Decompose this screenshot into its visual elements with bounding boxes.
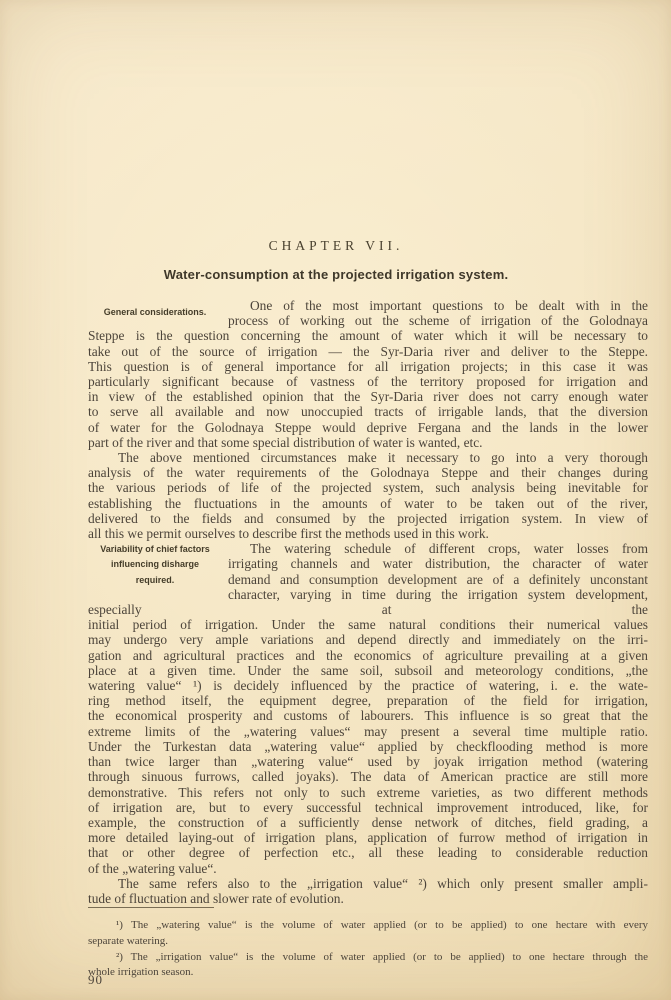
text-line: Under the Turkestan data „watering value…: [88, 739, 648, 754]
margin-note-line: influencing disharge: [88, 557, 222, 572]
text-line: than twice larger than „watering value“ …: [88, 754, 648, 769]
text-line: watering value“ ¹) is decidely influence…: [88, 678, 648, 693]
footnotes: ¹) The „watering value“ is the volume of…: [88, 918, 648, 981]
text-line: of water for the Golodnaya Steppe would …: [88, 420, 648, 435]
margin-note-line: Variability of chief factors: [88, 542, 222, 557]
text-line: The above mentioned circumstances make i…: [88, 450, 648, 465]
footnote-separator: [88, 907, 214, 908]
text-line: gation and agricultural practices and th…: [88, 648, 648, 663]
paragraph: The same refers also to the „irrigation …: [88, 876, 648, 906]
text-line: particularly significant because of vast…: [88, 374, 648, 389]
text-line: to serve all available and now unoccupie…: [88, 404, 648, 419]
text-line: establishing the fluctuations in the amo…: [88, 496, 648, 511]
paragraph: Variability of chief factorsinfluencing …: [88, 541, 648, 875]
text-line: extreme limits of the „watering values“ …: [88, 724, 648, 739]
paragraph: ¹) The „watering value“ is the volume of…: [88, 918, 648, 950]
text-line: all this we permit ourselves to describe…: [88, 526, 648, 541]
text-line: initial period of irrigation. Under the …: [88, 617, 648, 632]
footnote-line: separate watering.: [88, 934, 648, 950]
text-line: may undergo very ample variations and de…: [88, 632, 648, 647]
margin-note-line: required.: [88, 573, 222, 588]
text-line: place at a given time. Under the same so…: [88, 663, 648, 678]
text-line: of irrigation are, but to every successf…: [88, 800, 648, 815]
body-text: General considerations.One of the most i…: [88, 298, 648, 906]
section-title: Water-consumption at the projected irrig…: [56, 267, 616, 282]
text-line: more detailed laying-out of irrigation p…: [88, 830, 648, 845]
footnote-line: ¹) The „watering value“ is the volume of…: [88, 918, 648, 934]
text-line: demonstrative. This refers not only to s…: [88, 785, 648, 800]
book-page: CHAPTER VII. Water-consumption at the pr…: [0, 0, 671, 1000]
text-line: This question is of general importance f…: [88, 359, 648, 374]
text-line: tude of fluctuation and slower rate of e…: [88, 891, 648, 906]
paragraph: The above mentioned circumstances make i…: [88, 450, 648, 541]
margin-note: Variability of chief factorsinfluencing …: [88, 541, 228, 588]
footnote-line: whole irrigation season.: [88, 965, 648, 981]
text-line: The same refers also to the „irrigation …: [88, 876, 648, 891]
text-line: through sinuous furrows, called joyaks).…: [88, 769, 648, 784]
text-line: the various periods of life of the proje…: [88, 480, 648, 495]
paragraph: ²) The „irrigation value“ is the volume …: [88, 950, 648, 982]
text-line: Steppe is the question concerning the am…: [88, 328, 648, 343]
text-line: delivered to the fields and consumed by …: [88, 511, 648, 526]
footnote-line: ²) The „irrigation value“ is the volume …: [88, 950, 648, 966]
text-line: example, the construction of a sufficien…: [88, 815, 648, 830]
text-line: in view of the established opinion that …: [88, 389, 648, 404]
text-line: the economical prosperity and customs of…: [88, 708, 648, 723]
text-line: take out of the source of irrigation — t…: [88, 344, 648, 359]
margin-note: General considerations.: [88, 298, 228, 328]
text-line: part of the river and that some special …: [88, 435, 648, 450]
text-line: of the „watering value“.: [88, 861, 648, 876]
paragraph: General considerations.One of the most i…: [88, 298, 648, 450]
page-number: 90: [88, 972, 103, 988]
text-line: that or other degree of perfection etc.,…: [88, 845, 648, 860]
text-line: analysis of the water requirements of th…: [88, 465, 648, 480]
margin-note-line: General considerations.: [88, 305, 222, 320]
text-line: character, varying in time during the ir…: [88, 587, 648, 617]
text-line: ring method itself, the equipment degree…: [88, 693, 648, 708]
chapter-heading: CHAPTER VII.: [56, 238, 616, 254]
